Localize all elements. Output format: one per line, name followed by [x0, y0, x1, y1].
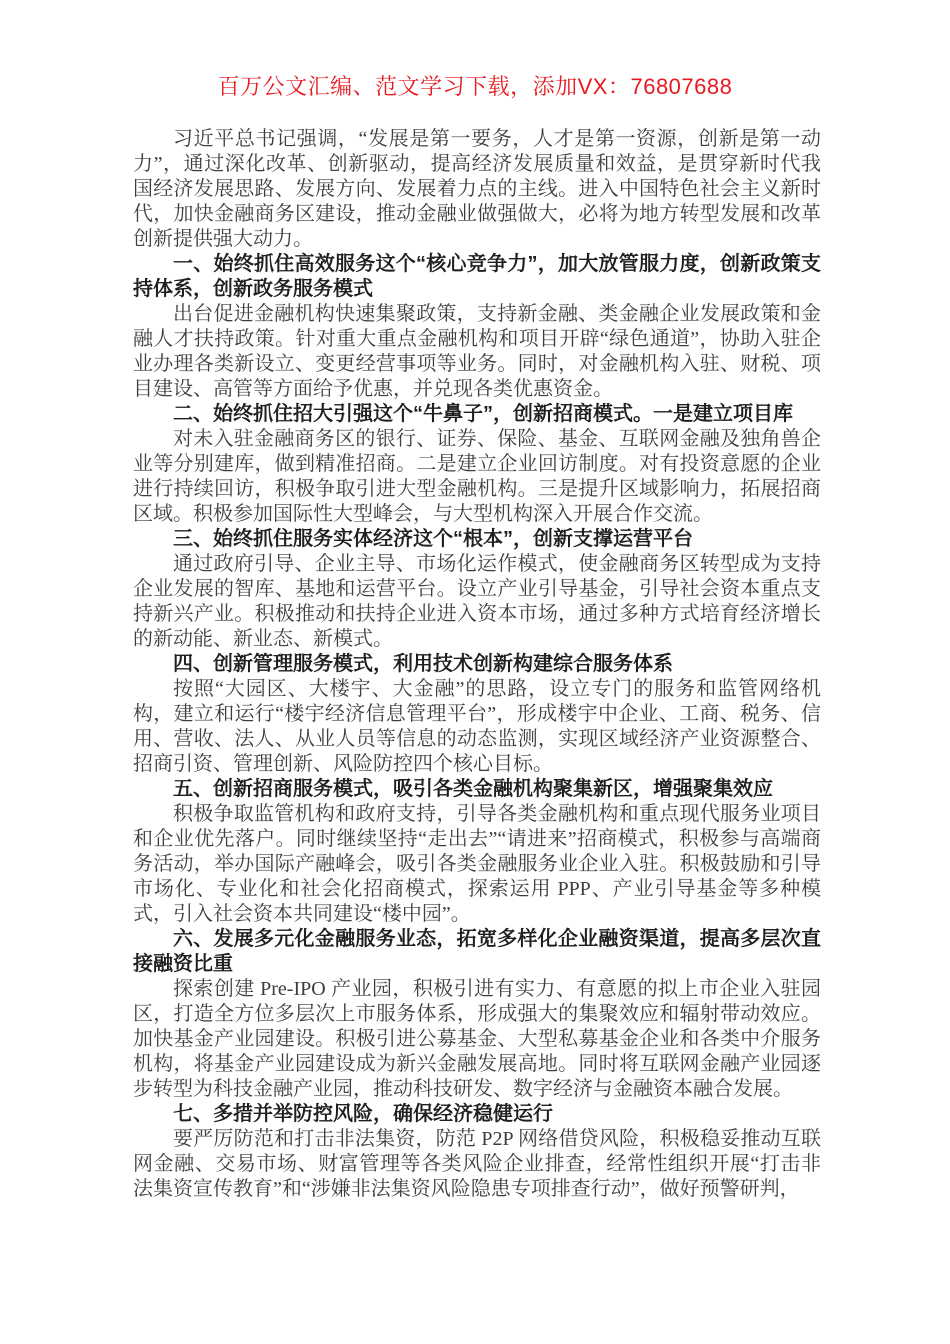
body-paragraph-5: 积极争取监管机构和政府支持，引导各类金融机构和重点现代服务业项目和企业优先落户。…: [133, 802, 821, 927]
section-heading-1: 一、始终抓住高效服务这个“核心竞争力”，加大放管服力度，创新政策支持体系，创新政…: [133, 252, 821, 302]
document-page: 百万公文汇编、范文学习下载，添加VX：76807688 习近平总书记强调，“发展…: [0, 0, 950, 1344]
body-paragraph-2: 对未入驻金融商务区的银行、证券、保险、基金、互联网金融及独角兽企业等分别建库，做…: [133, 427, 821, 527]
body-paragraph-4: 按照“大园区、大楼宇、大金融”的思路，设立专门的服务和监管网络机构，建立和运行“…: [133, 677, 821, 777]
section-heading-4: 四、创新管理服务模式，利用技术创新构建综合服务体系: [133, 652, 821, 677]
document-body: 习近平总书记强调，“发展是第一要务，人才是第一资源，创新是第一动力”，通过深化改…: [133, 127, 821, 1202]
section-heading-5: 五、创新招商服务模式，吸引各类金融机构聚集新区，增强聚集效应: [133, 777, 821, 802]
section-heading-3: 三、始终抓住服务实体经济这个“根本”，创新支撑运营平台: [133, 527, 821, 552]
body-paragraph-7: 要严厉防范和打击非法集资，防范 P2P 网络借贷风险，积极稳妥推动互联网金融、交…: [133, 1127, 821, 1202]
watermark-notice: 百万公文汇编、范文学习下载，添加VX：76807688: [0, 70, 950, 101]
body-paragraph-1: 出台促进金融机构快速集聚政策，支持新金融、类金融企业发展政策和金融人才扶持政策。…: [133, 302, 821, 402]
body-paragraph-6: 探索创建 Pre-IPO 产业园，积极引进有实力、有意愿的拟上市企业入驻园区，打…: [133, 977, 821, 1102]
body-paragraph-intro: 习近平总书记强调，“发展是第一要务，人才是第一资源，创新是第一动力”，通过深化改…: [133, 127, 821, 252]
section-heading-2: 二、始终抓住招大引强这个“牛鼻子”，创新招商模式。一是建立项目库: [133, 402, 821, 427]
section-heading-7: 七、多措并举防控风险，确保经济稳健运行: [133, 1102, 821, 1127]
body-paragraph-3: 通过政府引导、企业主导、市场化运作模式，使金融商务区转型成为支持企业发展的智库、…: [133, 552, 821, 652]
section-heading-6: 六、发展多元化金融服务业态，拓宽多样化企业融资渠道，提高多层次直接融资比重: [133, 927, 821, 977]
